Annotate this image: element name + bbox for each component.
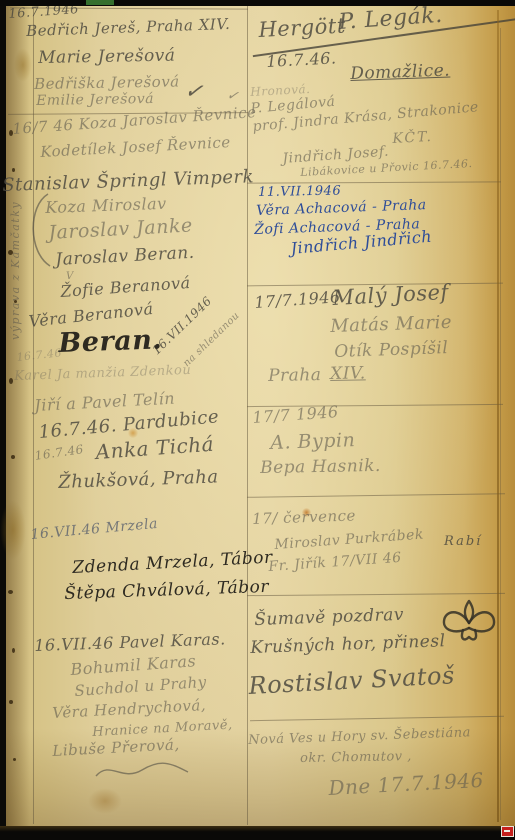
binding-speck (13, 758, 16, 761)
binding-speck (12, 168, 15, 172)
place-name: Praha (268, 367, 322, 385)
club-abbrev: KČT. (392, 130, 433, 146)
scan-edge-bottom (0, 826, 515, 840)
signature: Bepa Hasnik. (260, 458, 381, 477)
signature: Koza Miroslav (45, 196, 167, 216)
binding-speck (11, 455, 15, 459)
red-marker-icon (501, 826, 514, 837)
entry-date: 17/ července (252, 508, 356, 527)
entry-date-ink: 11.VII.1946 (258, 185, 341, 199)
signature-ink: Beran. (58, 326, 163, 357)
green-sliver (86, 0, 114, 5)
signature: Bedřiška Jerešová (34, 74, 180, 92)
signature: Matás Marie (330, 314, 452, 336)
place-name: Domažlice. (350, 63, 450, 83)
binding-speck (9, 700, 13, 704)
check-mark: ✓ (183, 80, 205, 104)
margin-note-vertical: výprava z Kamčatky (10, 201, 21, 340)
signature: A. Bypin (270, 431, 356, 453)
signature-flourish (92, 762, 192, 784)
check-mark: ✓ (226, 88, 240, 104)
district-numeral: XIV. (330, 365, 366, 383)
place-name: Rabí (444, 535, 482, 548)
column-divider-rule (247, 6, 248, 825)
signature: Otík Pospíšil (334, 340, 449, 361)
scout-lily-icon (438, 598, 500, 666)
binding-speck (8, 590, 13, 594)
entry-date: 16.7.46. (266, 50, 337, 70)
binding-speck (12, 648, 15, 653)
binding-speck (9, 378, 13, 384)
right-margin-rule (500, 28, 501, 820)
signature: Marie Jerešová (38, 48, 176, 67)
address-line: okr. Chomutov , (300, 750, 412, 765)
paper-stain (88, 788, 122, 814)
signature: Emilie Jerešová (36, 92, 154, 108)
guestbook-scan: 16.7.1946 Bedřich Jereš, Praha XIV. Mari… (0, 0, 515, 840)
page-edge (497, 10, 499, 822)
scan-edge-top (0, 0, 515, 6)
